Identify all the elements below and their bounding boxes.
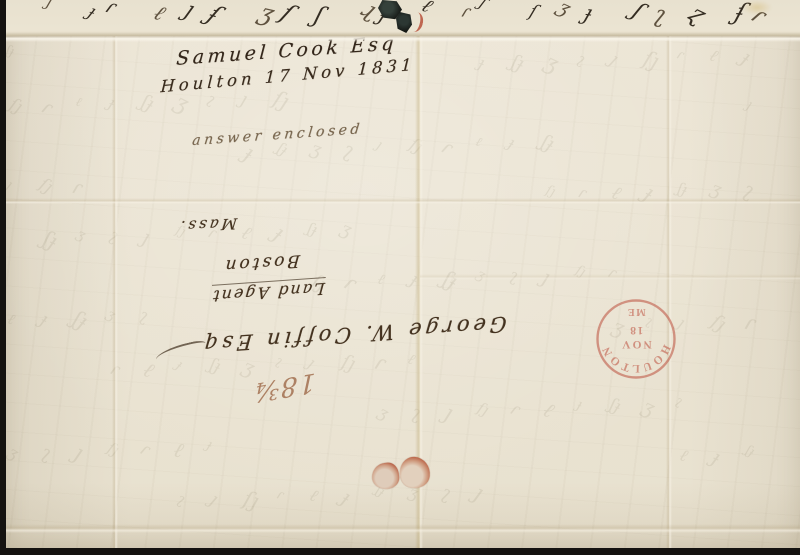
seal-tear-hole xyxy=(376,0,414,34)
postal-rate-marking: 18¾ xyxy=(246,350,326,410)
postmark-day: 18 xyxy=(629,324,644,336)
fold-crease-vertical-left xyxy=(112,36,118,548)
rate-text: 18¾ xyxy=(252,366,316,408)
houlton-postmark: HOULTON NOV 18 ME xyxy=(595,298,677,380)
fold-crease-horizontal-upper xyxy=(6,198,800,204)
postmark-stamp: HOULTON NOV 18 ME xyxy=(595,298,677,380)
fold-crease-vertical-right xyxy=(666,36,672,548)
postmark-state: ME xyxy=(626,306,645,317)
address-state: Mass. xyxy=(176,214,238,235)
postmark-month: NOV xyxy=(620,338,652,350)
address-title: Land Agent xyxy=(210,277,325,306)
letter-scan: ʃɟɾʅɟſȷʒℓȷʃɟɾʅɟſȷʒℓȷʃɟɾʅɟſȷʒℓȷʃɟɾʅɟſȷʒℓȷ… xyxy=(0,0,800,555)
fold-crease-horizontal-bottom xyxy=(6,524,800,533)
address-city: Boston xyxy=(222,250,301,276)
stain-top-right xyxy=(742,0,772,15)
address-block-inverted: George W. Coffin Esq Land Agent Boston M… xyxy=(180,205,525,350)
